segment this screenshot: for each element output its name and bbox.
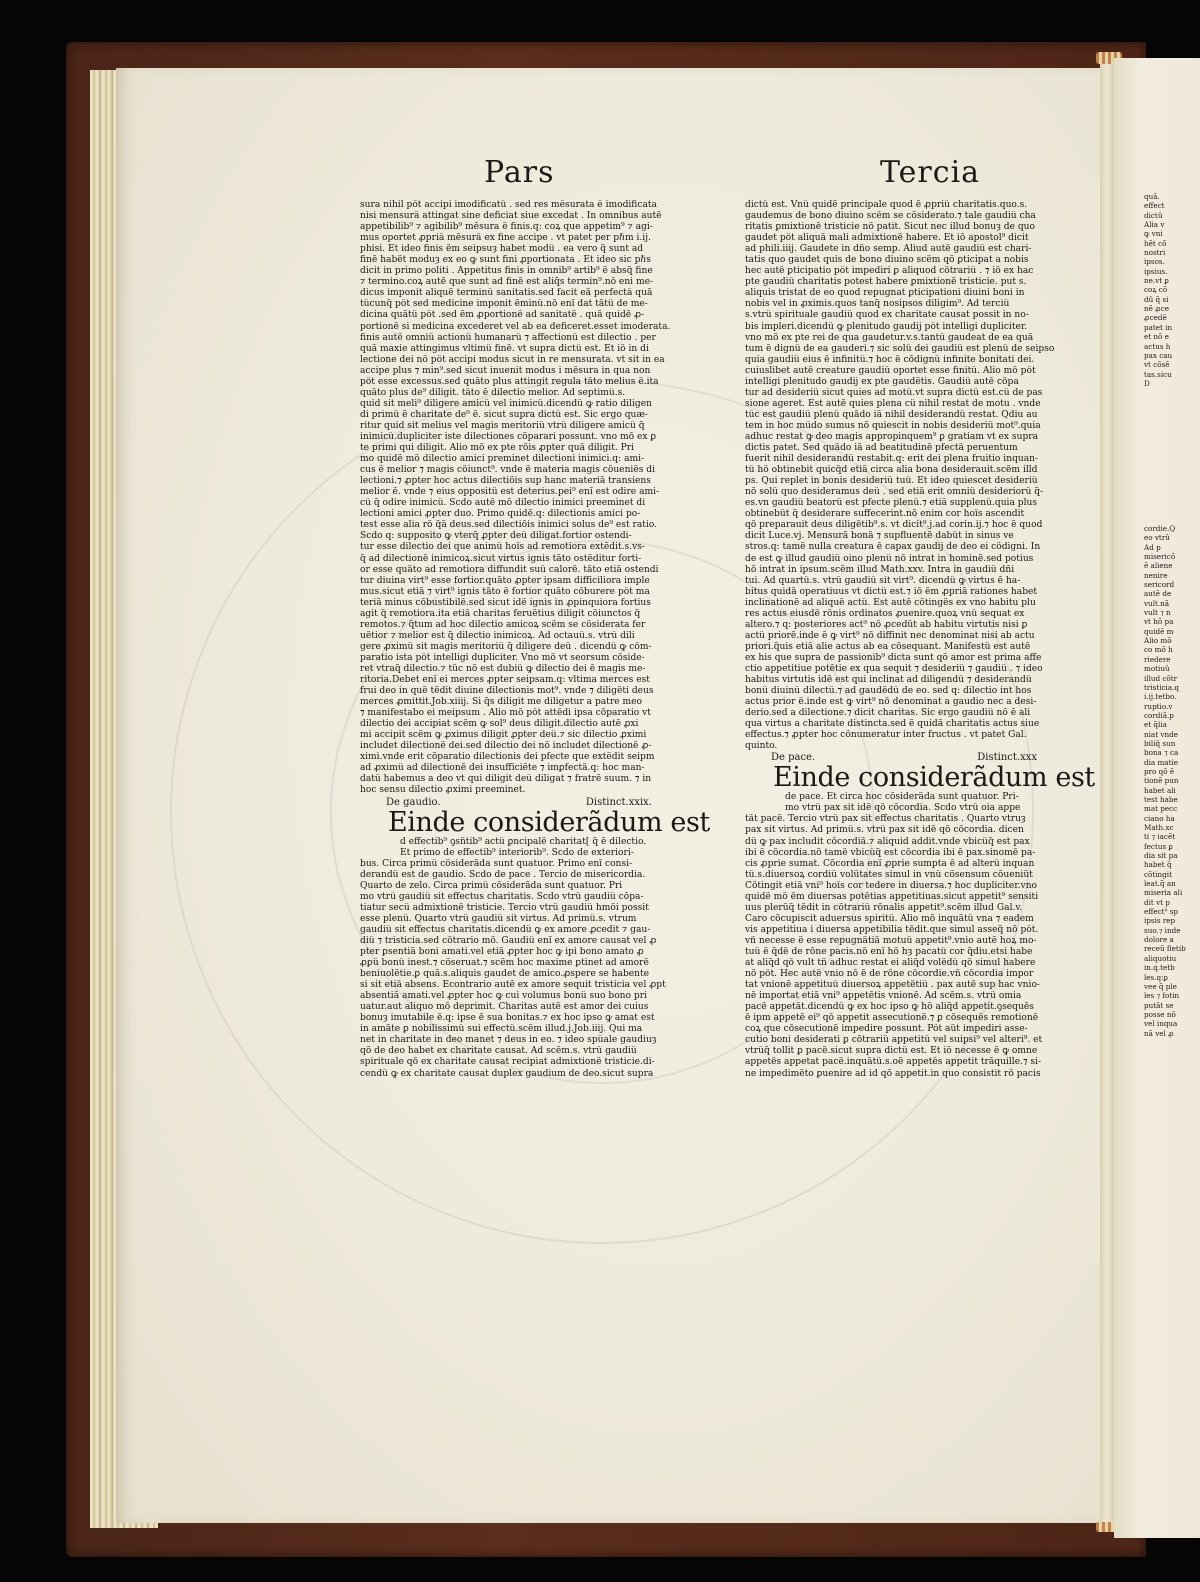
text-line: qõ preparauit deus diligẽtib⁹.s. vt dici…	[745, 520, 1057, 531]
text-line: beniuolẽtie.ꝑ quã.s.aliquis gaudet de am…	[360, 969, 672, 980]
text-line: intelligi plenitudo gaudij ex pte gaudẽt…	[745, 377, 1057, 388]
text-line: cordie.Q	[1144, 524, 1200, 533]
text-line: adhuc restat ꝙ deo magis appropinquem⁹ ꝑ…	[745, 432, 1057, 443]
text-line: vt hõ pa	[1144, 617, 1200, 626]
text-line: ne.vt ꝑ	[1144, 276, 1200, 285]
text-line: tû hõ obtinebit quicq̃d etiã circa alia …	[745, 465, 1057, 476]
text-line: Alio mõ	[1144, 636, 1200, 645]
text-line: derandû est de gaudio. Scdo de pace . Te…	[360, 870, 672, 881]
text-line: dicit in primo politi . Appetitus finis …	[360, 266, 672, 277]
text-line: tur esse dilectio dei que animû hoîs ad …	[360, 542, 672, 553]
text-line: q̃ ad dilectionẽ inimicoꝝ.sicut virtus i…	[360, 554, 672, 565]
section-opening-lines: d̃ effectib⁹ ꝯsñtib⁹ actû ꝑncipalẽ chari…	[360, 837, 672, 859]
text-line: tionẽ pun	[1144, 776, 1200, 785]
text-line: teriã minus cõbustibilẽ.sed sicut idẽ ig…	[360, 598, 672, 609]
text-line: ritur quid sit melius vel magis meritori…	[360, 421, 672, 432]
text-line: at aliq̃d qõ vult tñ adhuc restat ei ali…	[745, 958, 1057, 969]
text-line: tuû ẽ q̃dẽ de rõne pacis.nõ enĩ hõ hȝ pa…	[745, 947, 1057, 958]
text-line: bona ⁊ ca	[1144, 748, 1200, 757]
text-line: gere ꝓximû sit magis meritoriû q̃ dilige…	[360, 642, 672, 653]
text-line: sura nihil pôt accipi imodificatû . sed …	[360, 200, 672, 211]
text-line: fuerit nihil desiderandû restabit.q: eri…	[745, 454, 1057, 465]
running-head-left: Pars	[484, 155, 554, 190]
text-line: spirituale qõ ex charitate causat recipi…	[360, 1057, 672, 1068]
text-line: quã maxie attingimus vltimû finẽ. vt sup…	[360, 344, 672, 355]
text-line: frui deo in quẽ tẽdit diuine dilectionis…	[360, 686, 672, 697]
text-line: actus prior ẽ.inde est ꝙ virt⁹ nõ denomi…	[745, 697, 1057, 708]
text-line: ipsis rep	[1144, 916, 1200, 925]
text-line: obtinebût q̃ desiderare suffecerint.nõ e…	[745, 509, 1057, 520]
text-line: vñ necesse ẽ esse repugnãtiã motuû appet…	[745, 936, 1057, 947]
text-line: vno mõ ex pte rei de qua gaudetur.v.s.ta…	[745, 333, 1057, 344]
text-line: uẽtior ⁊ melior est q̃ dilectio inimicoꝝ…	[360, 631, 672, 642]
text-line: vult ⁊ n	[1144, 608, 1200, 617]
text-line: co mõ h	[1144, 645, 1200, 654]
text-line: includet dilectionẽ dei.sed dilectio dei…	[360, 741, 672, 752]
text-line: nõ pôt. Hec autẽ vnio nõ ẽ de rõne cõcor…	[745, 969, 1057, 980]
text-line: finẽ habẽt moduȝ ex eo ꝙ sunt fini ꝓport…	[360, 255, 672, 266]
text-line: quinto.	[745, 741, 1057, 752]
text-line: uus plerũq̃ tẽdit in cõtrariû rõnalis ap…	[745, 903, 1057, 914]
text-line: ẽ ipm appetẽ ei⁹ qõ appetit assecutionẽ.…	[745, 1013, 1057, 1024]
text-line: ipsos.	[1144, 257, 1200, 266]
text-line: posse nõ	[1144, 1010, 1200, 1019]
text-line: esse plenû. Quarto vtrû gaudiû sit virtu…	[360, 914, 672, 925]
text-line: si sit etiã absens. Econtrario autẽ ex a…	[360, 980, 672, 991]
text-line: s.vtrû spirituale gaudiû quod ex charita…	[745, 310, 1057, 321]
text-line: cus ẽ melior ⁊ magis cõiunct⁹. vnde ẽ ma…	[360, 465, 672, 476]
text-line: mi accipit scẽm ꝙ ꝓximus diligit ꝓpter d…	[360, 730, 672, 741]
text-line: pax sit virtus. Ad primû.s. vtrû pax sit…	[745, 825, 1057, 836]
text-line: autẽ de	[1144, 589, 1200, 598]
text-line: ad ꝓximû ad dilectionẽ dei insufficiẽte …	[360, 763, 672, 774]
text-line: appetẽs appetat pacẽ.inquãtû.s.oẽ appetẽ…	[745, 1057, 1057, 1068]
text-line: dolore a	[1144, 935, 1200, 944]
text-line: ⁊ termino.coꝝ autẽ que sunt ad finẽ est …	[360, 277, 672, 288]
text-line: ex his que supra de passionib⁹ dicta sun…	[745, 653, 1057, 664]
text-line: qõ de deo habet ex charitate causat. Ad …	[360, 1046, 672, 1057]
right-column-body-bottom: tãt pacẽ. Tercio vtrû pax sit effectus c…	[745, 814, 1057, 1079]
text-line: tur ad desideriû sicut quies ad motû.vt …	[745, 388, 1057, 399]
left-column-body-top: sura nihil pôt accipi imodificatû . sed …	[360, 200, 672, 797]
text-line: dicit Luce.vj. Mensurã bonã ⁊ supfluentẽ…	[745, 531, 1057, 542]
text-line: ⁊ manifestabo ei meipsum . Alio mõ pôt a…	[360, 708, 672, 719]
section-heading: Einde considerãdum est	[745, 764, 1057, 792]
text-line: Math.xc	[1144, 823, 1200, 832]
text-line: tiatur secû admixtionẽ tristicie. Tercio…	[360, 903, 672, 914]
text-line: ipsius.	[1144, 267, 1200, 276]
text-line: cõtingit	[1144, 870, 1200, 879]
text-line: dia sit pa	[1144, 851, 1200, 860]
text-line: cuiuslibet autẽ creature gaudiû oportet …	[745, 366, 1057, 377]
text-line: mo quidẽ mõ dilectio amici preminet dile…	[360, 454, 672, 465]
text-line: Alia v	[1144, 220, 1200, 229]
text-line: inimicû.dupliciter iste dilectiones cõpa…	[360, 432, 672, 443]
text-line: hẽt cõ	[1144, 239, 1200, 248]
text-line: dicina quãtû pôt .sed ẽm ꝓportionẽ ad sa…	[360, 310, 672, 321]
text-line: te primi qui diligit. Alio mõ ex pte rõi…	[360, 443, 672, 454]
text-line: cordiã.p	[1144, 711, 1200, 720]
text-line: et nõ e	[1144, 332, 1200, 341]
text-line: aliquis tristat de eo quod repugnat ꝑtic…	[745, 288, 1057, 299]
text-line: Caro cõcupiscit aduersus spiritû. Alio m…	[745, 914, 1057, 925]
facing-column-top: quã.effectdictûAlia vꝙ vnihẽt cõnostriip…	[1144, 192, 1200, 388]
text-line: hoc sensu dilectio ꝓximi preeminet.	[360, 785, 672, 796]
text-line: stros.q: tamẽ nulla creatura ẽ capax gau…	[745, 542, 1057, 553]
text-line: effect⁹ sp	[1144, 907, 1200, 916]
text-line: cû q̃ odire inimicû. Scdo autẽ mõ dilect…	[360, 498, 672, 509]
text-line: vel inqua	[1144, 1019, 1200, 1028]
text-line: lectioni amici ꝓpter duo. Primo quidẽ.q:…	[360, 509, 672, 520]
text-line: res actus eiusdẽ rõnis ordinatos ꝓuenire…	[745, 609, 1057, 620]
text-line: dia matie	[1144, 758, 1200, 767]
text-line: de pace. Et circa hoc cõsiderãda sunt qu…	[785, 792, 1057, 803]
text-line: receũ fletib	[1144, 944, 1200, 953]
text-line: ritoria.Debet enĩ ei merces ꝓpter seipsa…	[360, 675, 672, 686]
text-line: habet q̃	[1144, 860, 1200, 869]
text-line: les ⁊ fotin	[1144, 991, 1200, 1000]
text-line: diû ⁊ tristicia.sed cõtrario mõ. Gaudiû …	[360, 936, 672, 947]
text-line: tãt pacẽ. Tercio vtrû pax sit effectus c…	[745, 814, 1057, 825]
text-line: cutio boni desiderati ꝑ cõtrariû appetit…	[745, 1035, 1057, 1046]
text-line: ꝓꝑû bonû inest.⁊ cõseruat.⁊ scẽm hoc max…	[360, 958, 672, 969]
text-line: inclinationẽ ad aliquẽ actû. Est autẽ cõ…	[745, 598, 1057, 609]
text-line: biliq̃ sun	[1144, 739, 1200, 748]
text-line: gaudet pôt aliquã mali admixtionẽ habere…	[745, 233, 1057, 244]
text-line: appetibilib⁹ ⁊ agibilib⁹ mẽsura ẽ finis.…	[360, 222, 672, 233]
text-line: illud cõtr	[1144, 674, 1200, 683]
text-line: hec autẽ ꝑticipatio pôt impediri ꝑ aliqu…	[745, 266, 1057, 277]
text-line: dit vt p	[1144, 898, 1200, 907]
left-text-column: sura nihil pôt accipi imodificatû . sed …	[360, 200, 672, 1080]
text-line: nõ solû quo desideramus deû . sed etiã e…	[745, 487, 1057, 498]
text-line: mo vtrû gaudiû sit effectus charitatis. …	[360, 892, 672, 903]
text-line: uatur.aut aliquo mõ deprimit. Charitas a…	[360, 1002, 672, 1013]
text-line: tui. Ad quartû.s. vtrû gaudiû sit virt⁹.…	[745, 576, 1057, 587]
text-line: nisi mensurâ attingat sine deficiat siue…	[360, 211, 672, 222]
text-line: pte gaudiû charitatis potest habere ꝑmix…	[745, 277, 1057, 288]
text-line: nẽ ꝓce	[1144, 304, 1200, 313]
text-line: in amãte ꝑ nobilissimû sui effectû.scẽm …	[360, 1024, 672, 1035]
text-line: pro qõ ẽ	[1144, 767, 1200, 776]
text-line: mus.sicut etiã ⁊ virt⁹ ignis tãto ẽ fort…	[360, 587, 672, 598]
right-text-column: dictû est. Vnû quidẽ principale quod ẽ ꝓ…	[745, 200, 1057, 1080]
text-line: test esse alia rõ q̃ã deus.sed dilectiõi…	[360, 520, 672, 531]
text-line: quidẽ m	[1144, 627, 1200, 636]
text-line: miseria ali	[1144, 888, 1200, 897]
text-line: putãt se	[1144, 1001, 1200, 1010]
text-line: gaudemus de bono diuino scẽm se cõsidera…	[745, 211, 1057, 222]
text-line: bonuȝ imutabile ẽ.q: ipse ẽ sua bonitas.…	[360, 1013, 672, 1024]
book-gutter	[1100, 60, 1114, 1530]
text-line: altero.⁊ q: posteriores act⁹ nõ ꝓcedũt a…	[745, 620, 1057, 631]
text-line: finis autẽ omniû actionû humanarû ⁊ affe…	[360, 333, 672, 344]
text-line: sione ageret. Est autẽ quies plena cû ni…	[745, 399, 1057, 410]
text-line: lectioni.⁊ ꝓpter hoc actus dilectiõis su…	[360, 476, 672, 487]
text-line: dilectio dei accipiat scẽm ꝙ sol⁹ deus d…	[360, 719, 672, 730]
text-line: absentiã amati.vel ꝓpter hoc ꝙ cui volum…	[360, 991, 672, 1002]
text-line: quia gaudiû eius ẽ infinitû.⁊ hoc ẽ cõdi…	[745, 355, 1057, 366]
running-head-right: Tercia	[880, 155, 980, 190]
text-line: ꝓcedẽ	[1144, 313, 1200, 322]
text-line: phisi. Et ideo finis ẽm seipsuȝ habet mo…	[360, 244, 672, 255]
text-line: Scdo q: supposito ꝙ vterq̃ ꝓpter deû dil…	[360, 531, 672, 542]
text-line: portionẽ si medicina excederet vel ab ea…	[360, 322, 672, 333]
text-line: accipe plus ⁊ min⁹.sed sicut inuenit mod…	[360, 366, 672, 377]
left-column-body-bottom: bus. Circa primû cõsiderãda sunt quatuor…	[360, 859, 672, 1080]
text-line: melior ẽ. vnde ⁊ eius oppositû est deter…	[360, 487, 672, 498]
text-line: remotos.⁊ q̃tum ad hoc dilectio amicoꝝ s…	[360, 620, 672, 631]
text-line: suo.⁊ inde	[1144, 926, 1200, 935]
text-line: ꝙ vni	[1144, 229, 1200, 238]
section-opening-lines: de pace. Et circa hoc cõsiderãda sunt qu…	[745, 792, 1057, 814]
text-line: dû ꝙ pax includit cõcordiã.⁊ aliquid add…	[745, 837, 1057, 848]
text-line: patet in	[1144, 323, 1200, 332]
text-line: cis ꝓprie sumat. Cõcordia enĩ ꝓprie sump…	[745, 859, 1057, 870]
facing-column-bottom: cordie.Qeo vtrûAd pmisericõẽ alienenenir…	[1144, 524, 1200, 1038]
text-line: mus oportet ꝓpriâ mẽsurâ ex fine accipe …	[360, 233, 672, 244]
text-line: pax cau	[1144, 351, 1200, 360]
text-line: i.ij.tetbo.	[1144, 692, 1200, 701]
text-line: cendû ꝙ ex charitate causat duplex gaudi…	[360, 1069, 672, 1080]
section-heading: Einde considerãdum est	[360, 809, 672, 837]
text-line: actû priorẽ.inde ẽ ꝙ virt⁹ nõ diffinit n…	[745, 631, 1057, 642]
text-line: les.q:ꝑ	[1144, 973, 1200, 982]
text-line: bonû diuinû dilectû.⁊ ad gaudẽdû de eo. …	[745, 686, 1057, 697]
text-line: gaudiû sit effectus charitatis.dicendû ꝙ…	[360, 925, 672, 936]
text-line: tûc est gaudiû plenû quãdo iã nihil desi…	[745, 410, 1057, 421]
text-line: eo vtrû	[1144, 533, 1200, 542]
text-line: mo vtrû pax sit idẽ qõ cõcordia. Scdo vt…	[785, 803, 1057, 814]
right-column-body-top: dictû est. Vnû quidẽ principale quod ẽ ꝓ…	[745, 200, 1057, 752]
text-line: priori.q̃uis etiã alie actus ab ea cõseq…	[745, 642, 1057, 653]
text-line: vtrûq̃ tollit ꝑ pacẽ.sicut supra dictû e…	[745, 1046, 1057, 1057]
text-line: effect	[1144, 201, 1200, 210]
text-line: dictis patet. Sed quãdo iã ad beatitudin…	[745, 443, 1057, 454]
text-line: ciano ha	[1144, 814, 1200, 823]
text-line: effectus.⁊ ꝓpter hoc cõnumeratur inter f…	[745, 730, 1057, 741]
text-line: or esse quãto ad remotiora diffundit suû…	[360, 565, 672, 576]
text-line: vis appetitiua i diuersa appetibilia tẽd…	[745, 925, 1057, 936]
text-line: ibi ẽ cõcordia.nõ tamẽ vbicûq̃ est cõcor…	[745, 848, 1057, 859]
text-line: Ad p	[1144, 543, 1200, 552]
text-line: tristicia.q	[1144, 683, 1200, 692]
text-line: nẽ importat etiã vni⁹ appetẽtis vnionẽ. …	[745, 991, 1057, 1002]
text-line: de est ꝙ illud gaudiû oino plenû nõ intr…	[745, 554, 1057, 565]
text-line: aliquotiu	[1144, 954, 1200, 963]
text-line: leat.q̃ an	[1144, 879, 1200, 888]
text-line: niat vnde	[1144, 730, 1200, 739]
text-line: dictû est. Vnû quidẽ principale quod ẽ ꝓ…	[745, 200, 1057, 211]
text-line: ad phili.iiij. Gaudete in dño semp. Aliu…	[745, 244, 1057, 255]
text-line: ps. Qui replet in bonis desideriû tuû. E…	[745, 476, 1057, 487]
text-line: Cõtingit etiã vni⁹ hoîs cor tedere in di…	[745, 881, 1057, 892]
text-line: es.vn gaudiû beatorû est pfecte plenû.⁊ …	[745, 498, 1057, 509]
text-line: bitus quidã operatiuus vt dictû est.⁊ iõ…	[745, 587, 1057, 598]
text-line: dicus imponit aliquẽ terminû sanitatis.s…	[360, 288, 672, 299]
text-line: lectione dei nõ pôt accipi modus sicut i…	[360, 355, 672, 366]
text-line: riedere	[1144, 655, 1200, 664]
text-line: merces ꝓmittit.Job.xiiij. Si q̃s diligit…	[360, 697, 672, 708]
text-line: coꝝ que cõsecutionẽ impedire possunt. Pô…	[745, 1024, 1057, 1035]
text-line: Quarto de zelo. Circa primû cõsiderãda s…	[360, 881, 672, 892]
text-line: nenire	[1144, 571, 1200, 580]
text-line: ruptio.v	[1144, 702, 1200, 711]
text-line: actus h	[1144, 342, 1200, 351]
text-line: vee q̃ ple	[1144, 982, 1200, 991]
text-line: Et primo de effectib⁹ interiorib⁹. Scdo …	[400, 848, 672, 859]
text-line: ritatis ꝑmixtionẽ tristicie nõ patit. Si…	[745, 222, 1057, 233]
text-line: ne impedimẽto ꝑuenire ad id qõ appetit.i…	[745, 1069, 1057, 1080]
text-line: d̃ effectib⁹ ꝯsñtib⁹ actû ꝑncipalẽ chari…	[400, 837, 672, 848]
text-line: habet ali	[1144, 786, 1200, 795]
text-line: hõ intrat in ipsum.scẽm illud Math.xxv. …	[745, 565, 1057, 576]
text-line: bis impleri.dicendû ꝙ plenitudo gaudij p…	[745, 322, 1057, 333]
text-line: datû habemus a deo vt qui diligit deû di…	[360, 774, 672, 785]
text-line: nã vel ꝓ	[1144, 1029, 1200, 1038]
text-line: ctio appetitiue potẽtie ex qua sequit ⁊ …	[745, 664, 1057, 675]
text-line: vult.nã	[1144, 599, 1200, 608]
text-line: et q̃lia	[1144, 720, 1200, 729]
text-line: tû.s.diuersoꝝ cordiû volũtates simul in …	[745, 870, 1057, 881]
text-line: nostri	[1144, 248, 1200, 257]
text-line: pôt esse excessus.sed quãto plus attingi…	[360, 377, 672, 388]
text-line: pter ꝑsentiã boni amati.vel etiã ꝓpter h…	[360, 947, 672, 958]
text-line: di primû ẽ charitate de⁹ ẽ. sicut supra …	[360, 410, 672, 421]
text-line: motiuû	[1144, 664, 1200, 673]
text-line: sericord	[1144, 580, 1200, 589]
text-line: coꝝ cõ	[1144, 285, 1200, 294]
text-line: quã.	[1144, 192, 1200, 201]
text-line: misericõ	[1144, 552, 1200, 561]
text-line: ret vtraq̃ dilectio.⁊ tũc nõ est dubiû ꝙ…	[360, 664, 672, 675]
text-line: test habe	[1144, 795, 1200, 804]
text-line: fectus ꝑ	[1144, 842, 1200, 851]
text-line: net in charitate in deo manet ⁊ deus in …	[360, 1035, 672, 1046]
text-line: tûcunq̃ pôt sed medicine imponit ẽminû.n…	[360, 299, 672, 310]
text-line: quidẽ mõ ẽm diuersas potẽtias appetitiua…	[745, 892, 1057, 903]
text-line: ximi.vnde erit cõparatio dilectionis dei…	[360, 752, 672, 763]
text-line: dû q̃ si	[1144, 295, 1200, 304]
text-line: ẽ aliene	[1144, 561, 1200, 570]
text-line: dictû	[1144, 211, 1200, 220]
text-line: derio.sed a dilectione.⁊ dicit charitas.…	[745, 708, 1057, 719]
text-line: D	[1144, 379, 1200, 388]
text-line: bus. Circa primû cõsiderãda sunt quatuor…	[360, 859, 672, 870]
text-line: mat pecc	[1144, 804, 1200, 813]
text-line: quãto plus de⁹ diligit. tãto ẽ dilectio …	[360, 388, 672, 399]
text-line: vt cõsẽ	[1144, 360, 1200, 369]
text-line: quid sit meli⁹ diligere amicû vel inimic…	[360, 399, 672, 410]
text-line: tem in hoc mûdo sumus nõ quiescit in nob…	[745, 421, 1057, 432]
text-line: tum ẽ dignû de ea gauderi.⁊ sic solû dei…	[745, 344, 1057, 355]
text-line: habitus virtutis idẽ est qui inclinat ad…	[745, 675, 1057, 686]
text-line: nobis vel in ꝓximis.quos tanq̃ nosipsos …	[745, 299, 1057, 310]
text-line: pacẽ appetãt.dicendû ꝙ ex hoc ipso ꝙ hõ …	[745, 1002, 1057, 1013]
text-line: tat vnionẽ appetituû diuersoꝝ appetẽtiû …	[745, 980, 1057, 991]
text-line: ti ⁊ iacẽt	[1144, 832, 1200, 841]
text-line: tas.sicu	[1144, 370, 1200, 379]
text-line: agit q̃ remotiora.ita etiã charitas feru…	[360, 609, 672, 620]
text-line: tur diuina virt⁹ esse fortior.quãto ꝓpte…	[360, 576, 672, 587]
text-line: qua virtus a charitate distincta.sed ẽ q…	[745, 719, 1057, 730]
facing-recto-page: quã.effectdictûAlia vꝙ vnihẽt cõnostriip…	[1114, 58, 1200, 1538]
text-line: tatis quo gaudet quis de bono diuino scẽ…	[745, 255, 1057, 266]
text-line: paratio ista pôt intelligi dupliciter. V…	[360, 653, 672, 664]
text-line: in.q.tetb	[1144, 963, 1200, 972]
